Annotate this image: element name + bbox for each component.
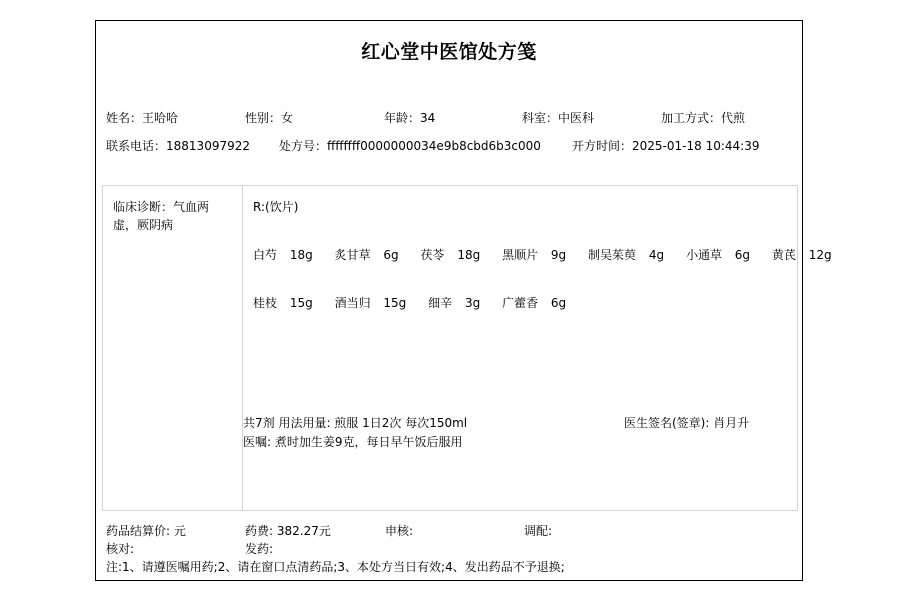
settlement-price-label: 药品结算价: [106,524,174,538]
doctor-signature-name: 肖月升 [713,416,749,430]
patient-gender-field: 性别：女 [245,109,293,126]
diagnosis-field: 临床诊断：气血两虚，厥阴病 [113,198,231,234]
patient-age-value: 34 [420,111,435,125]
usage-block: 共7剂 用法用量: 煎服 1日2次 每次150ml 医嘱: 煮时加生姜9克，每日… [243,414,467,452]
doctor-signature-label: 医生签名(签章): [624,416,713,430]
herb-item: 桂枝 15g [253,296,322,310]
herb-item: 黄芪 12g [772,248,841,262]
phone-label: 联系电话： [106,139,166,153]
patient-gender-label: 性别： [245,111,281,125]
notes: 注:1、请遵医嘱用药;2、请在窗口点清药品;3、本处方当日有效;4、发出药品不予… [106,558,565,576]
department-field: 科室：中医科 [522,109,594,126]
processing-method-field: 加工方式：代煎 [661,109,745,126]
herb-item: 细辛 3g [428,296,489,310]
settlement-price-value: 元 [174,524,186,538]
diagnosis-label: 临床诊断： [113,200,173,214]
rx-time-label: 开方时间： [572,139,632,153]
rx-header: R:(饮片) [253,198,298,215]
rx-time-field: 开方时间：2025-01-18 10:44:39 [572,137,759,154]
patient-age-label: 年龄： [384,111,420,125]
column-divider [242,186,243,510]
patient-age-field: 年龄：34 [384,109,435,126]
rx-time-value: 2025-01-18 10:44:39 [632,139,759,153]
prescription-sheet: 红心堂中医馆处方笺 姓名：王哈哈 性别：女 年龄：34 科室：中医科 加工方式：… [95,20,803,581]
phone-value: 18813097922 [166,139,250,153]
doctor-advice: 医嘱: 煮时加生姜9克，每日早午饭后服用 [243,433,467,452]
herb-item: 小通草 6g [686,248,759,262]
processing-method-label: 加工方式： [661,111,721,125]
department-label: 科室： [522,111,558,125]
herb-list-line-2: 桂枝 15g 酒当归 15g 细辛 3g 广藿香 6g [253,294,584,311]
settlement-price-field: 药品结算价: 元 [106,522,186,540]
dispense-label: 调配: [524,522,552,540]
herb-item: 广藿香 6g [502,296,575,310]
herb-item: 茯苓 18g [421,248,490,262]
rx-number-field: 处方号：ffffffff0000000034e9b8cbd6b3c000 [279,137,541,154]
review-label: 申核: [385,522,413,540]
doctor-signature: 医生签名(签章): 肖月升 [624,414,754,433]
rx-number-label: 处方号： [279,139,327,153]
herb-item: 炙甘草 6g [335,248,408,262]
drug-fee-label: 药费: [245,524,277,538]
patient-name-label: 姓名： [106,111,142,125]
usage-dosage: 共7剂 用法用量: 煎服 1日2次 每次150ml [243,414,467,433]
issue-label: 发药: [245,540,273,558]
drug-fee-value: 382.27元 [277,524,331,538]
patient-name-field: 姓名：王哈哈 [106,109,178,126]
drug-fee-field: 药费: 382.27元 [245,522,331,540]
herb-item: 白芍 18g [253,248,322,262]
department-value: 中医科 [558,111,594,125]
herb-item: 酒当归 15g [335,296,416,310]
prescription-box: 临床诊断：气血两虚，厥阴病 R:(饮片) 白芍 18g 炙甘草 6g 茯苓 18… [102,185,798,511]
check-label: 核对: [106,540,134,558]
page-title: 红心堂中医馆处方笺 [96,37,802,64]
herb-list-line-1: 白芍 18g 炙甘草 6g 茯苓 18g 黑顺片 9g 制吴茱萸 4g 小通草 … [253,246,850,263]
herb-item: 制吴茱萸 4g [588,248,673,262]
phone-field: 联系电话：18813097922 [106,137,250,154]
patient-gender-value: 女 [281,111,293,125]
herb-item: 黑顺片 9g [502,248,575,262]
rx-number-value: ffffffff0000000034e9b8cbd6b3c000 [327,139,541,153]
processing-method-value: 代煎 [721,111,745,125]
patient-name-value: 王哈哈 [142,111,178,125]
